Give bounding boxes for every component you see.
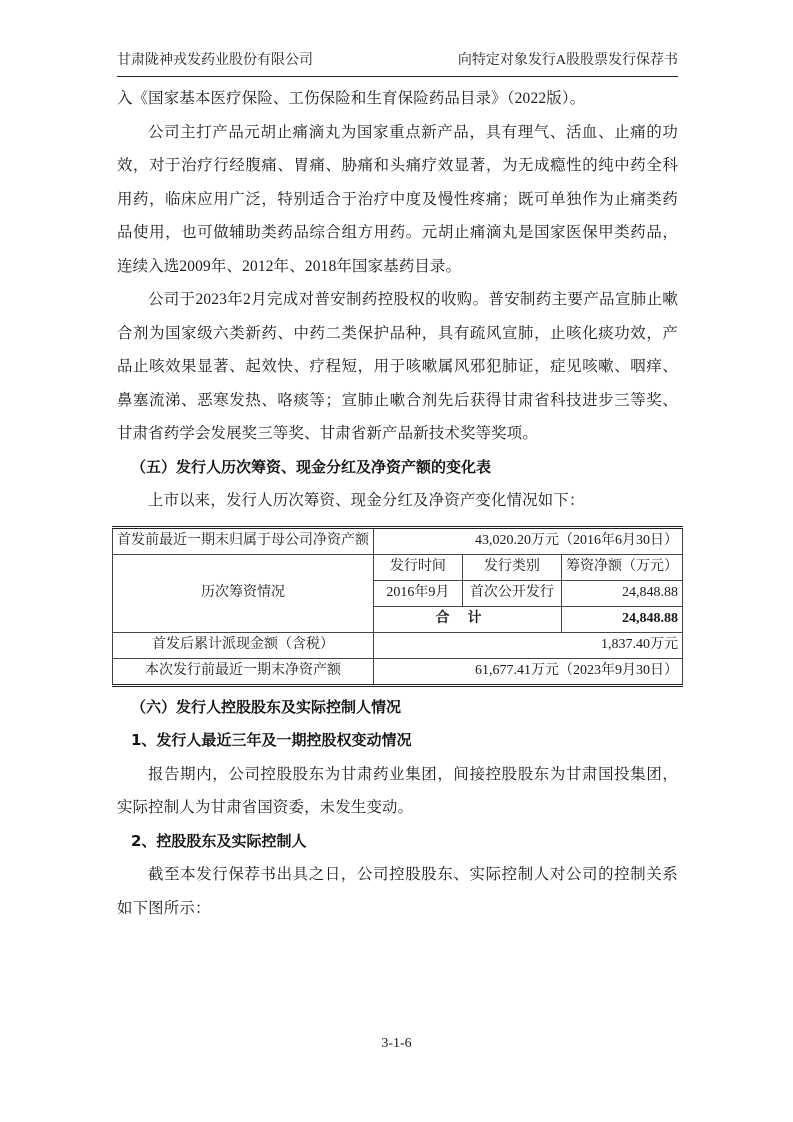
section-heading: （六）发行人控股股东及实际控制人情况 — [117, 691, 678, 725]
subsection-heading: 2、控股股东及实际控制人 — [117, 825, 678, 859]
page-number: 3-1-6 — [0, 1036, 793, 1052]
table-cell-value: 61,677.41万元（2023年9月30日） — [374, 658, 683, 685]
table-row: 首发后累计派现金额（含税） 1,837.40万元 — [113, 632, 683, 658]
table-column-header: 发行时间 — [374, 554, 463, 580]
paragraph: 入《国家基本医疗保险、工伤保险和生育保险药品目录》（2022版）。 — [117, 82, 678, 116]
table-cell-total-label: 合计 — [374, 606, 562, 632]
table-cell-label: 历次筹资情况 — [113, 554, 374, 632]
table-cell-value: 43,020.20万元（2016年6月30日） — [374, 527, 683, 554]
table-column-header: 发行类别 — [462, 554, 561, 580]
table-cell-label: 本次发行前最近一期末净资产额 — [113, 658, 374, 685]
fundraising-table: 首发前最近一期末归属于母公司净资产额 43,020.20万元（2016年6月30… — [112, 526, 683, 687]
table-row: 首发前最近一期末归属于母公司净资产额 43,020.20万元（2016年6月30… — [113, 527, 683, 554]
table-row: 历次筹资情况 发行时间 发行类别 筹资净额（万元） — [113, 554, 683, 580]
table-cell-value: 1,837.40万元 — [374, 632, 683, 658]
subsection-heading: 1、发行人最近三年及一期控股权变动情况 — [117, 724, 678, 758]
table-cell-label: 首发前最近一期末归属于母公司净资产额 — [113, 527, 374, 554]
page-body: 入《国家基本医疗保险、工伤保险和生育保险药品目录》（2022版）。 公司主打产品… — [117, 82, 678, 925]
paragraph: 报告期内，公司控股股东为甘肃药业集团，间接控股股东为甘肃国投集团，实际控制人为甘… — [117, 758, 678, 825]
paragraph: 公司主打产品元胡止痛滴丸为国家重点新产品，具有理气、活血、止痛的功效，对于治疗行… — [117, 116, 678, 284]
paragraph: 截至本发行保荐书出具之日，公司控股股东、实际控制人对公司的控制关系如下图所示： — [117, 858, 678, 925]
paragraph: 上市以来，发行人历次筹资、现金分红及净资产变化情况如下： — [117, 484, 678, 518]
header-company-name: 甘肃陇神戎发药业股份有限公司 — [117, 50, 313, 72]
table-cell-total-amount: 24,848.88 — [561, 606, 682, 632]
section-heading: （五）发行人历次筹资、现金分红及净资产额的变化表 — [117, 451, 678, 485]
table-cell-time: 2016年9月 — [374, 580, 463, 606]
table-cell-label: 首发后累计派现金额（含税） — [113, 632, 374, 658]
table-row: 本次发行前最近一期末净资产额 61,677.41万元（2023年9月30日） — [113, 658, 683, 685]
table-column-header: 筹资净额（万元） — [561, 554, 682, 580]
paragraph: 公司于2023年2月完成对普安制药控股权的收购。普安制药主要产品宣肺止嗽合剂为国… — [117, 283, 678, 451]
table-cell-amount: 24,848.88 — [561, 580, 682, 606]
header-document-title: 向特定对象发行A股股票发行保荐书 — [458, 50, 678, 72]
page-header: 甘肃陇神戎发药业股份有限公司 向特定对象发行A股股票发行保荐书 — [117, 50, 678, 77]
table-cell-type: 首次公开发行 — [462, 580, 561, 606]
